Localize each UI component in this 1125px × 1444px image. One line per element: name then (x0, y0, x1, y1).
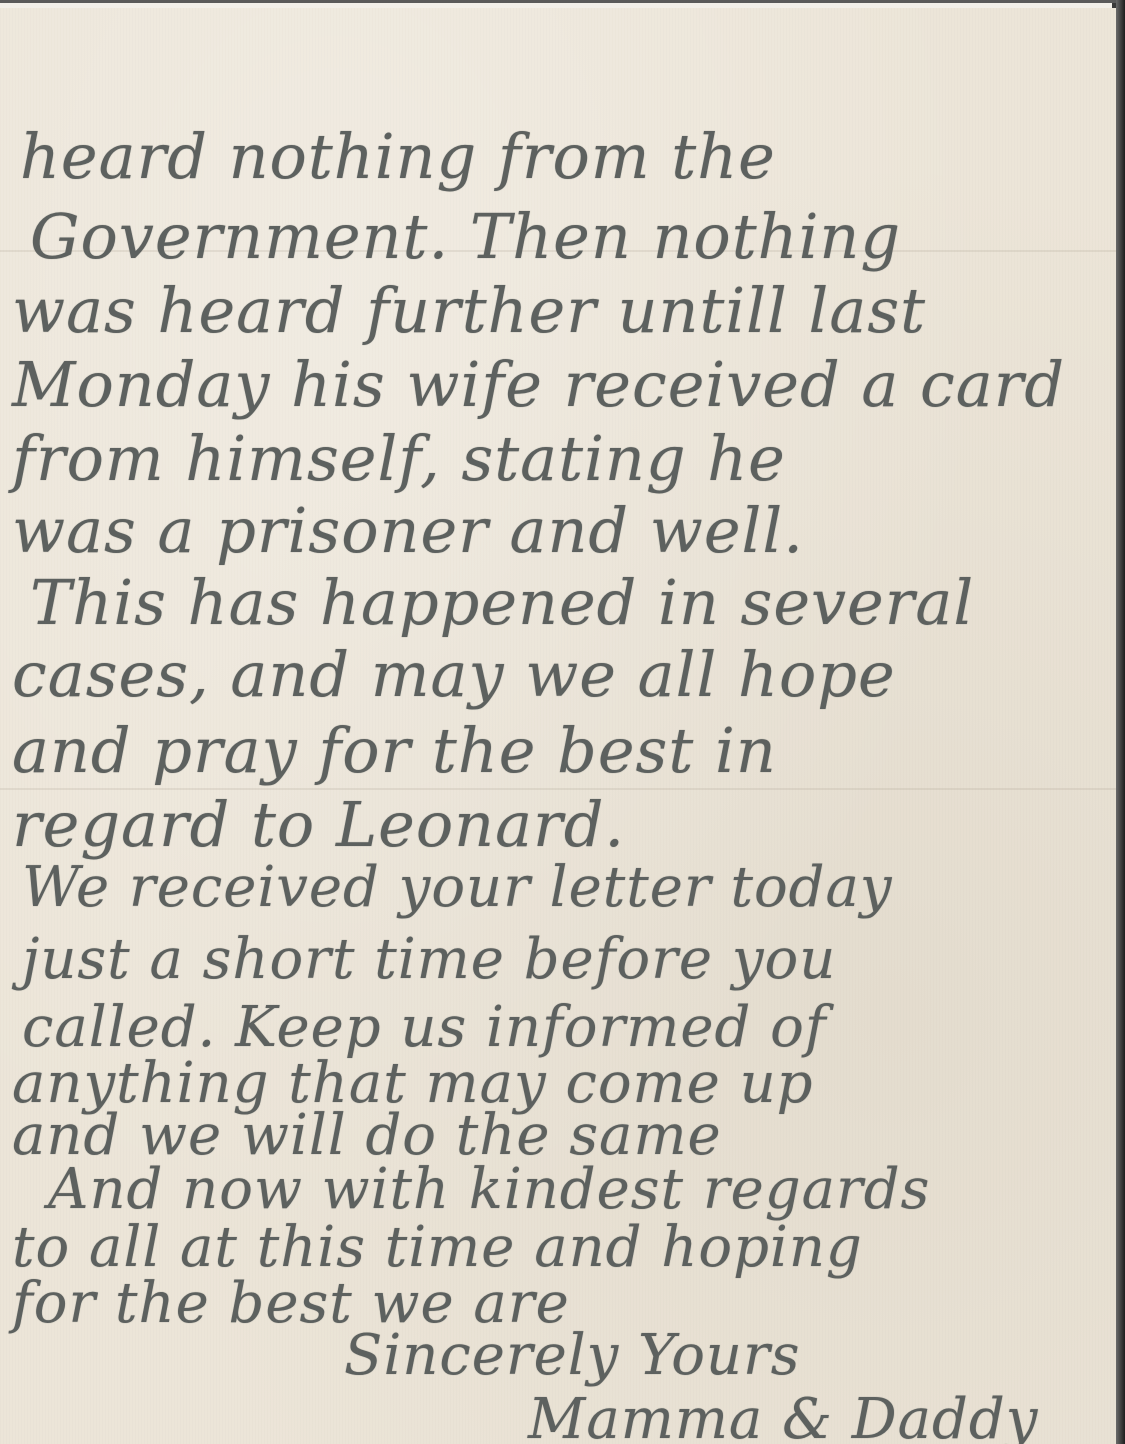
scanned-letter-page: heard nothing from the Government. Then … (0, 0, 1125, 1444)
scan-right-edge (1116, 0, 1125, 1444)
letter-paper: heard nothing from the Government. Then … (0, 8, 1117, 1444)
letter-line: cases, and may we all hope (12, 644, 896, 706)
letter-signature: Mamma & Daddy (528, 1392, 1038, 1444)
letter-line: was a prisoner and well. (12, 500, 804, 562)
letter-line: and we will do the same (12, 1108, 722, 1164)
letter-line: Government. Then nothing (30, 206, 901, 268)
letter-line: and pray for the best in (12, 720, 777, 782)
letter-line: to all at this time and hoping (12, 1220, 863, 1276)
letter-line: Monday his wife received a card (12, 354, 1065, 416)
letter-line: And now with kindest regards (48, 1162, 930, 1218)
letter-line: was heard further untill last (12, 280, 926, 342)
letter-line: heard nothing from the (20, 126, 776, 188)
letter-line: called. Keep us informed of (22, 1000, 827, 1056)
letter-line: We received your letter today (22, 860, 893, 916)
letter-line: just a short time before you (22, 932, 836, 988)
letter-line: This has happened in several (30, 572, 974, 634)
letter-line: regard to Leonard. (12, 794, 625, 856)
letter-line: from himself, stating he (12, 428, 786, 490)
letter-closing: Sincerely Yours (344, 1328, 801, 1384)
